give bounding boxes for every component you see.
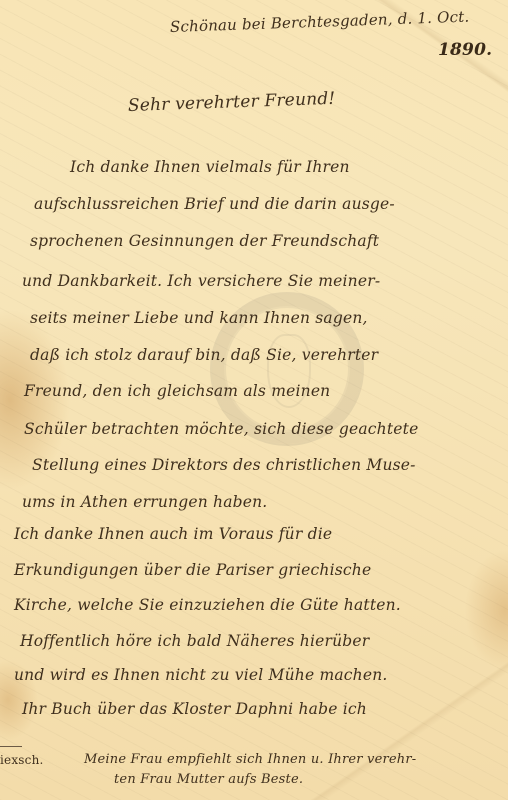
body-line: Erkundigungen über die Pariser griechisc… [14,561,371,579]
body-line: Ihr Buch über das Kloster Daphni habe ic… [22,700,367,718]
margin-note: iexsch. [0,753,44,767]
letter-page: Schönau bei Berchtesgaden, d. 1. Oct. 18… [0,0,508,800]
postscript-line: ten Frau Mutter aufs Beste. [114,772,303,787]
body-line: Hoffentlich höre ich bald Näheres hierüb… [20,632,369,650]
body-line: ums in Athen errungen haben. [22,493,267,511]
postscript-line: Meine Frau empfiehlt sich Ihnen u. Ihrer… [84,752,416,767]
body-line: und Dankbarkeit. Ich versichere Sie mein… [22,272,380,290]
body-line: Stellung eines Direktors des christliche… [32,456,416,474]
place-date-line: Schönau bei Berchtesgaden, d. 1. Oct. [170,8,470,36]
body-line: Ich danke Ihnen vielmals für Ihren [70,158,350,176]
body-line: aufschlussreichen Brief und die darin au… [34,195,395,213]
scan-edge [508,0,516,800]
body-line: daß ich stolz darauf bin, daß Sie, vereh… [30,346,378,364]
margin-rule [0,746,22,747]
salutation: Sehr verehrter Freund! [128,89,336,116]
body-line: und wird es Ihnen nicht zu viel Mühe mac… [14,666,388,684]
body-line: Kirche, welche Sie einzuziehen die Güte … [14,596,401,614]
body-line: sprochenen Gesinnungen der Freundschaft [30,232,379,250]
body-line: Schüler betrachten möchte, sich diese ge… [24,420,418,438]
body-line: seits meiner Liebe und kann Ihnen sagen, [30,309,368,327]
body-line: Freund, den ich gleichsam als meinen [24,382,330,400]
body-line: Ich danke Ihnen auch im Voraus für die [14,525,332,543]
year: 1890. [438,40,492,60]
